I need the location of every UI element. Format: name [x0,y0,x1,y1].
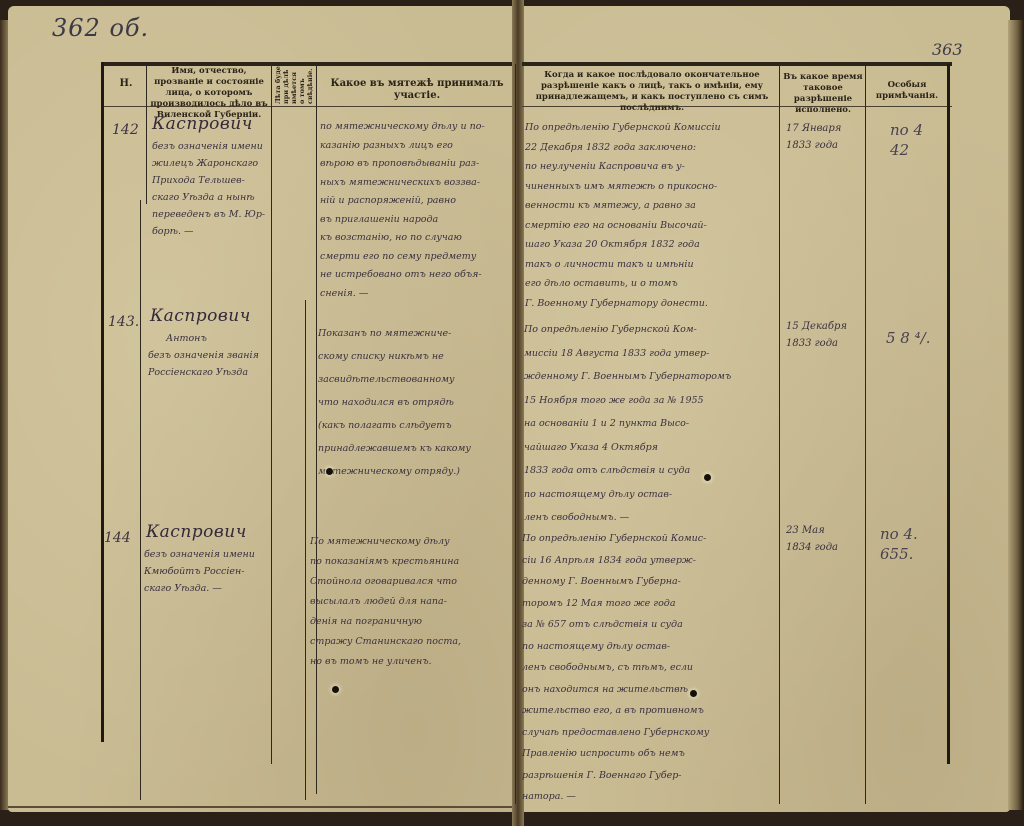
row-142-notes: по 4 42 [890,120,923,160]
col-divider-number-lower [140,200,141,800]
binding-hole [326,468,333,475]
row-143-participation: Показанъ по мятежниче- скому списку никѣ… [318,322,471,483]
header-participation: Какое въ мятежѣ принималъ участіе. [322,78,512,102]
right-page-edge [1008,20,1024,810]
row-144-surname: Каспрович [146,522,247,544]
row-144-notes: по 4. 655. [880,524,918,564]
col-divider-executed [865,64,866,804]
row-144-executed: 23 Мая 1834 года [786,522,838,556]
left-bottom-rule [8,806,512,808]
row-143-person: Антонъ безъ означенія званія Россіенскаг… [148,330,259,381]
col-divider-person [271,64,272,764]
col-divider-vertical-note [316,64,317,794]
col-divider-number [146,64,147,204]
row-144-number: 144 [104,528,131,550]
table-right-border [947,64,950,764]
row-142-number: 142 [112,120,139,142]
row-142-person: безъ означенія имени жилецъ Жаронскаго П… [152,138,265,240]
header-person: Имя, отчество, прозваніе и состояніе лиц… [148,66,270,121]
col-divider-resolution [779,64,780,804]
row-142-executed: 17 Января 1833 года [786,120,841,154]
header-top-rule-right [522,62,952,66]
row-142-resolution: По опредѣленію Губернской Комиссіи 22 Де… [525,118,721,313]
row-142-participation: по мятежническому дѣлу и по- казанію раз… [320,118,485,303]
binding-hole [332,686,339,693]
header-executed: Въ какое время таковое разрѣшеніе исполн… [782,72,864,116]
binding-hole [690,690,697,697]
row-144-resolution: По опредѣленію Губернской Комис- сіи 16 … [522,528,709,808]
row-143-executed: 15 Декабря 1833 года [786,318,847,352]
row-143-notes: 5 8 ⁴/. [886,328,930,348]
header-number: Н. [108,78,144,90]
header-notes: Особыя примѣчанія. [867,80,947,102]
left-folio-number: 362 об. [52,14,149,42]
header-resolution: Когда и какое послѣдовало окончательное … [526,70,778,114]
right-table-left-border [515,64,516,804]
row-143-surname: Каспрович [150,306,251,328]
row-144-participation: По мятежническому дѣлу по показаніямъ кр… [310,532,461,672]
row-144-person: безъ означенія имени Кмюбойтъ Россіен- с… [144,546,255,597]
row-143-number: 143. [108,312,139,334]
header-vertical-note: Лѣта буде при дѣлѣ имѣется о томъ свѣдѣн… [274,66,314,104]
table-left-border [101,62,104,742]
binding-hole [704,474,711,481]
row-143-resolution: По опредѣленію Губернской Ком- миссіи 18… [524,318,731,530]
right-folio-number: 363 [932,40,963,59]
col-divider-vertical-note-lower [305,300,306,800]
row-142-surname: Каспрович [152,114,253,136]
book-spread: 362 об. 363 Н. Имя, отчество, прозваніе … [0,0,1024,826]
